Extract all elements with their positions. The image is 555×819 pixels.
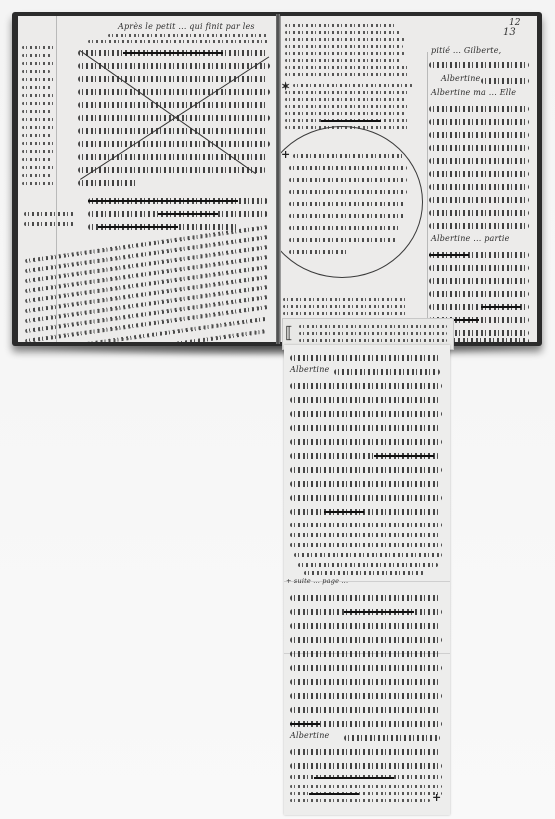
handwriting-line	[283, 305, 408, 308]
handwriting-line	[78, 128, 268, 134]
handwriting-line	[108, 34, 268, 37]
handwriting-line	[78, 102, 268, 108]
text-fragment: Albertine ... partie	[431, 234, 510, 243]
handwriting-line	[299, 332, 447, 335]
handwriting-line	[290, 355, 440, 361]
handwriting-line	[290, 707, 440, 713]
text-fragment: Albertine	[290, 731, 329, 740]
handwriting-line	[289, 190, 407, 194]
handwriting-line	[78, 141, 270, 147]
handwriting-line	[429, 132, 529, 138]
handwriting-line	[429, 119, 529, 125]
handwriting-line	[88, 40, 268, 43]
text-fragment: pitié ... Gilberte,	[431, 46, 501, 55]
handwriting-line	[289, 178, 407, 182]
handwriting-line	[285, 105, 410, 108]
handwriting-line	[290, 509, 440, 515]
bracket-mark: ⟦	[285, 323, 293, 342]
handwriting-line	[290, 595, 440, 601]
strikethrough	[321, 120, 381, 122]
handwriting-line	[429, 223, 529, 229]
handwriting-line	[290, 799, 430, 802]
strikethrough	[314, 777, 394, 779]
handwriting-line	[285, 112, 405, 115]
strikethrough	[88, 200, 238, 202]
handwriting-line	[293, 154, 405, 158]
handwriting-line	[285, 38, 405, 41]
handwriting-line	[290, 533, 440, 537]
handwriting-line	[290, 481, 440, 487]
handwriting-line	[429, 278, 529, 284]
handwriting-line	[290, 785, 442, 788]
handwriting-line	[290, 383, 442, 389]
left-page-handwriting: Après le petit ... qui finit par les	[18, 16, 276, 342]
margin-note	[22, 166, 54, 169]
handwriting-line	[290, 397, 440, 403]
handwriting-line	[290, 467, 442, 473]
handwriting-line	[290, 523, 442, 527]
end-plus-mark: +	[432, 791, 441, 804]
handwriting-line	[285, 59, 400, 62]
handwriting-line	[290, 495, 442, 501]
handwriting-line	[290, 665, 442, 671]
strikethrough	[290, 723, 320, 725]
margin-note	[22, 46, 54, 49]
handwriting-line	[290, 749, 440, 755]
manuscript-photograph: Après le petit ... qui finit par les	[0, 0, 555, 819]
open-notebook: Après le petit ... qui finit par les	[12, 12, 542, 346]
strikethrough	[429, 254, 469, 256]
handwriting-line	[78, 89, 270, 95]
margin-note	[22, 126, 54, 129]
handwriting-line	[285, 91, 410, 94]
handwriting-line	[429, 197, 529, 203]
handwriting-line	[293, 84, 413, 87]
handwriting-line	[285, 66, 410, 69]
handwriting-line	[290, 637, 442, 643]
paperole-handwriting: Albertine + suite ... page ...	[284, 345, 450, 815]
handwriting-line	[285, 52, 405, 55]
margin-note	[22, 54, 52, 57]
margin-note	[24, 222, 74, 226]
handwriting-line	[78, 167, 266, 173]
strikethrough	[324, 511, 364, 513]
margin-note	[22, 118, 54, 121]
plus-mark: +	[281, 148, 290, 161]
handwriting-line	[429, 210, 529, 216]
handwriting-line	[289, 238, 397, 242]
handwriting-line	[429, 106, 529, 112]
handwriting-line	[429, 171, 529, 177]
handwriting-line	[334, 369, 440, 375]
right-page-handwriting: ✶ +	[281, 16, 537, 342]
handwriting-line	[283, 312, 408, 315]
margin-note	[22, 182, 54, 185]
handwriting-line	[290, 425, 440, 431]
handwriting-line	[429, 145, 529, 151]
handwriting-line	[289, 202, 405, 206]
handwriting-line	[289, 250, 349, 254]
handwriting-line	[285, 73, 410, 76]
strikethrough	[374, 455, 434, 457]
handwriting-line	[285, 98, 405, 101]
strikethrough	[123, 52, 223, 54]
handwriting-line	[429, 62, 529, 68]
margin-note	[22, 70, 50, 73]
handwriting-line	[299, 325, 447, 328]
strikethrough	[344, 611, 414, 613]
handwriting-line	[299, 339, 447, 342]
handwriting-line	[290, 763, 442, 769]
margin-note	[22, 134, 52, 137]
handwriting-line	[294, 553, 442, 557]
text-fragment: Albertine	[290, 365, 329, 374]
handwriting-line	[285, 45, 403, 48]
margin-note	[22, 62, 54, 65]
right-page: 12 13 ✶	[280, 16, 537, 342]
strikethrough	[481, 306, 521, 308]
handwriting-line	[429, 291, 529, 297]
handwriting-line	[289, 166, 407, 170]
left-page: Après le petit ... qui finit par les	[18, 16, 277, 342]
handwriting-line	[290, 411, 442, 417]
handwriting-line	[78, 180, 138, 186]
margin-note	[22, 142, 54, 145]
handwriting-line	[289, 214, 405, 218]
text-fragment: Albertine ma ... Elle	[431, 88, 516, 97]
footnote-fragment: + suite ... page ...	[286, 577, 348, 585]
strikethrough	[158, 213, 218, 215]
handwriting-line	[290, 439, 442, 445]
handwriting-line	[344, 735, 440, 741]
margin-note	[22, 174, 52, 177]
text-fragment: Albertine	[441, 74, 480, 83]
handwriting-line	[290, 693, 442, 699]
strikethrough	[309, 793, 359, 795]
margin-note	[22, 158, 52, 161]
margin-note	[22, 110, 52, 113]
handwriting-line	[298, 563, 438, 567]
handwriting-line	[285, 24, 395, 27]
handwriting-line	[429, 265, 529, 271]
margin-note	[22, 102, 54, 105]
paperole-strip: Albertine + suite ... page ...	[284, 345, 450, 815]
handwriting-line	[289, 226, 401, 230]
handwriting-line	[429, 158, 529, 164]
handwriting-line	[78, 154, 268, 160]
margin-note	[24, 212, 74, 216]
header-fragment: Après le petit ... qui finit par les	[118, 22, 255, 31]
margin-note	[22, 86, 52, 89]
handwriting-line	[290, 623, 440, 629]
handwriting-line	[429, 184, 529, 190]
handwriting-line	[290, 543, 442, 547]
handwriting-line	[285, 31, 400, 34]
margin-note	[22, 150, 54, 153]
handwriting-line	[290, 679, 440, 685]
handwriting-line	[481, 78, 529, 84]
margin-note	[22, 78, 54, 81]
handwriting-line	[290, 651, 440, 657]
handwriting-line	[283, 298, 408, 301]
handwriting-line	[304, 571, 424, 575]
strikethrough	[98, 226, 178, 228]
margin-note	[22, 94, 54, 97]
